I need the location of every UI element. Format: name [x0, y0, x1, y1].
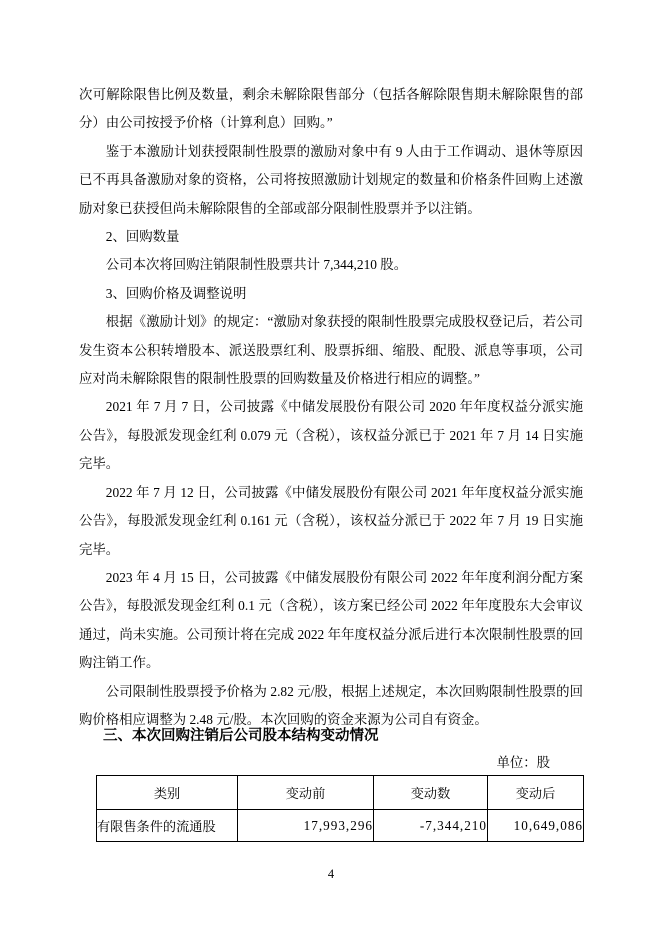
- cell-before-change: 17,993,296: [238, 810, 374, 842]
- table-header-change-amount: 变动数: [374, 776, 488, 810]
- body-paragraph-incentive-recall: 鉴于本激励计划获授限制性股票的激励对象中有 9 人由于工作调动、退休等原因已不再…: [79, 138, 583, 223]
- table-header-after-change: 变动后: [488, 776, 584, 810]
- body-paragraph-dividend-2023: 2023 年 4 月 15 日，公司披露《中储发展股份有限公司 2022 年年度…: [79, 564, 583, 678]
- document-page: 次可解除限售比例及数量，剩余未解除限售部分（包括各解除限售期未解除限售的部分）由…: [0, 0, 662, 936]
- document-body: 次可解除限售比例及数量，剩余未解除限售部分（包括各解除限售期未解除限售的部分）由…: [79, 81, 583, 729]
- unit-label: 单位：股: [79, 753, 583, 773]
- body-paragraph-plan-rules: 根据《激励计划》的规定：“激励对象获授的限制性股票完成股权登记后，若公司发生资本…: [79, 308, 583, 393]
- cell-change-amount: -7,344,210: [374, 810, 488, 842]
- page-number: 4: [0, 866, 662, 882]
- body-paragraph-repurchase-quantity: 公司本次将回购注销限制性股票共计 7,344,210 股。: [79, 251, 583, 279]
- table-header-row: 类别 变动前 变动数 变动后: [97, 776, 584, 810]
- table-header-before-change: 变动前: [238, 776, 374, 810]
- section-heading: 三、本次回购注销后公司股本结构变动情况: [79, 726, 583, 746]
- body-paragraph-dividend-2021: 2021 年 7 月 7 日，公司披露《中储发展股份有限公司 2020 年年度权…: [79, 393, 583, 478]
- body-paragraph-continuation: 次可解除限售比例及数量，剩余未解除限售部分（包括各解除限售期未解除限售的部分）由…: [79, 81, 583, 138]
- list-item-repurchase-price-title: 3、回购价格及调整说明: [79, 280, 583, 308]
- body-paragraph-dividend-2022: 2022 年 7 月 12 日，公司披露《中储发展股份有限公司 2021 年年度…: [79, 479, 583, 564]
- body-paragraph-adjusted-price: 公司限制性股票授予价格为 2.82 元/股，根据上述规定，本次回购限制性股票的回…: [79, 678, 583, 729]
- share-structure-table: 类别 变动前 变动数 变动后 有限售条件的流通股 17,993,296 -7,3…: [96, 775, 584, 842]
- cell-category: 有限售条件的流通股: [97, 810, 238, 842]
- table-header-category: 类别: [97, 776, 238, 810]
- table-row-restricted-shares: 有限售条件的流通股 17,993,296 -7,344,210 10,649,0…: [97, 810, 584, 842]
- cell-after-change: 10,649,086: [488, 810, 584, 842]
- list-item-repurchase-quantity-title: 2、回购数量: [79, 223, 583, 251]
